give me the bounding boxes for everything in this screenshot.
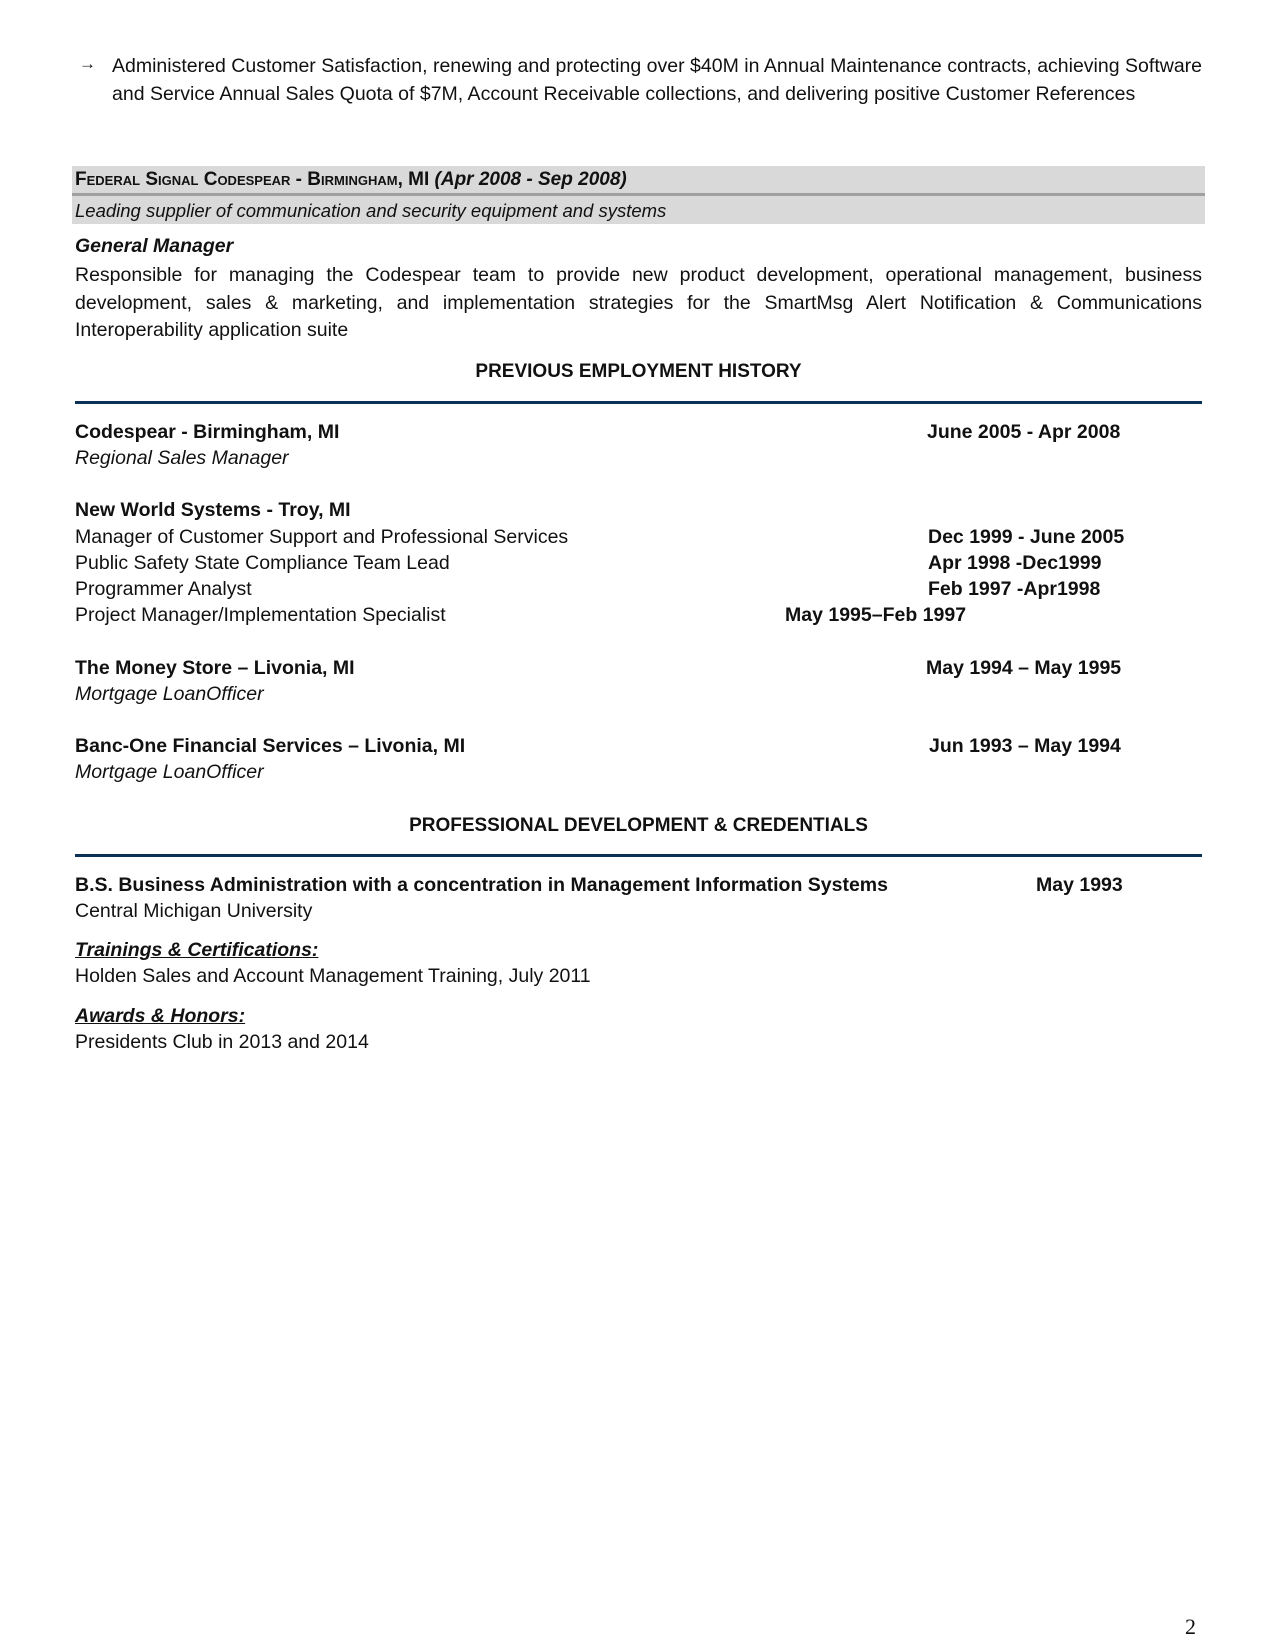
school: Central Michigan University: [75, 900, 312, 923]
employer-dates: (Apr 2008 - Sep 2008): [435, 169, 627, 190]
employer-the-money-store: The Money Store – Livonia, MI: [75, 657, 355, 680]
employer-separator: -: [290, 169, 307, 190]
job-title: Regional Sales Manager: [75, 447, 289, 470]
arrow-right-icon: →: [79, 54, 96, 74]
role-dates: Feb 1997 -Apr1998: [928, 578, 1100, 601]
employer-name: Federal Signal Codespear: [75, 169, 290, 190]
job-description: Responsible for managing the Codespear t…: [75, 262, 1202, 345]
employment-dates: May 1994 – May 1995: [926, 657, 1121, 680]
employer-header: Federal Signal Codespear - Birmingham, M…: [72, 166, 1205, 196]
bullet-text: Administered Customer Satisfaction, rene…: [112, 53, 1202, 108]
employer-city: Birmingham: [307, 169, 397, 190]
awards-heading: Awards & Honors:: [75, 1005, 245, 1028]
employer-new-world-systems: New World Systems - Troy, MI: [75, 499, 351, 522]
section-divider: [75, 401, 1202, 404]
employer-codespear: Codespear - Birmingham, MI: [75, 421, 339, 444]
degree-date: May 1993: [1036, 874, 1123, 897]
role-dates: Apr 1998 -Dec1999: [928, 552, 1101, 575]
degree: B.S. Business Administration with a conc…: [75, 874, 888, 897]
section-heading-credentials: PROFESSIONAL DEVELOPMENT & CREDENTIALS: [75, 815, 1202, 837]
page-number: 2: [1185, 1614, 1196, 1640]
section-heading-previous-employment: PREVIOUS EMPLOYMENT HISTORY: [75, 361, 1202, 383]
role-title: Programmer Analyst: [75, 578, 252, 601]
training-item: Holden Sales and Account Management Trai…: [75, 965, 591, 988]
role-title: Manager of Customer Support and Professi…: [75, 526, 568, 549]
job-title: Mortgage LoanOfficer: [75, 683, 264, 706]
employer-banc-one: Banc-One Financial Services – Livonia, M…: [75, 735, 465, 758]
employment-dates: June 2005 - Apr 2008: [927, 421, 1120, 444]
role-dates: May 1995–Feb 1997: [785, 604, 966, 627]
section-divider: [75, 854, 1202, 857]
job-title: General Manager: [75, 235, 233, 258]
role-title: Public Safety State Compliance Team Lead: [75, 552, 450, 575]
job-title: Mortgage LoanOfficer: [75, 761, 264, 784]
employer-tagline: Leading supplier of communication and se…: [72, 196, 1205, 224]
role-dates: Dec 1999 - June 2005: [928, 526, 1124, 549]
resume-page-2: → Administered Customer Satisfaction, re…: [0, 0, 1275, 1649]
employer-state: , MI: [398, 169, 435, 190]
trainings-heading: Trainings & Certifications:: [75, 939, 318, 962]
employer-banner: Federal Signal Codespear - Birmingham, M…: [72, 166, 1205, 224]
award-item: Presidents Club in 2013 and 2014: [75, 1031, 369, 1054]
role-title: Project Manager/Implementation Specialis…: [75, 604, 446, 627]
employment-dates: Jun 1993 – May 1994: [929, 735, 1121, 758]
achievement-bullet: → Administered Customer Satisfaction, re…: [72, 53, 1202, 108]
